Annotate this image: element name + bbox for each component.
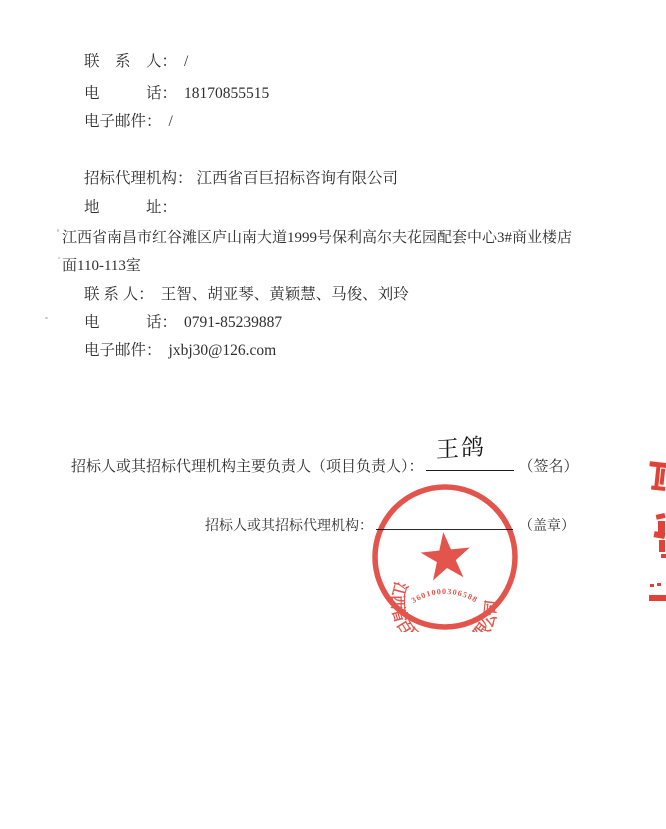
contact-person-value: / <box>184 52 188 72</box>
edge-seal-fragment-bottom <box>648 582 666 608</box>
signature-underline: 王鸽 <box>426 452 514 471</box>
bidder-email-line: 电子邮件：/ <box>84 112 173 132</box>
principal-signature-line: 招标人或其招标代理机构主要负责人（项目负责人）：王鸽（签名） <box>71 452 579 477</box>
agency-email-label: 电子邮件： <box>84 341 162 361</box>
phone-value: 18170855515 <box>184 84 269 104</box>
email-value: / <box>169 112 173 132</box>
edge-seal-fragment-middle <box>650 512 666 562</box>
agency-address-label-line: 地 址： <box>84 198 177 218</box>
agency-seal-stamp: 江西省百巨招标咨询有限公司 3601000306588 <box>370 482 520 632</box>
bidder-phone-line: 电 话：18170855515 <box>84 84 269 104</box>
agency-label: 招标代理机构： <box>84 169 193 189</box>
address-label: 地 址： <box>84 198 177 218</box>
sign-hint: （签名） <box>519 457 579 477</box>
agency-phone-line: 电 话：0791-85239887 <box>84 313 282 333</box>
seal-hint: （盖章） <box>519 517 575 537</box>
address-text-1: 江西省南昌市红谷滩区庐山南大道1999号保利高尔夫花园配套中心3#商业楼店 <box>62 228 572 248</box>
agency-name-value: 江西省百巨招标咨询有限公司 <box>197 169 399 189</box>
phone-label: 电 话： <box>84 84 177 104</box>
star-icon <box>419 530 473 582</box>
agency-address-line-1: 江西省南昌市红谷滩区庐山南大道1999号保利高尔夫花园配套中心3#商业楼店 <box>62 228 572 248</box>
agency-email-value: jxbj30@126.com <box>169 341 277 361</box>
scan-speck <box>45 317 48 319</box>
agency-name-line: 招标代理机构：江西省百巨招标咨询有限公司 <box>84 169 398 189</box>
agency-contact-label: 联 系 人： <box>84 285 154 305</box>
agency-contact-person-line: 联 系 人：王智、胡亚琴、黄颖慧、马俊、刘玲 <box>84 285 409 305</box>
contact-person-label: 联 系 人： <box>84 52 177 72</box>
handwritten-signature: 王鸽 <box>436 437 486 461</box>
email-label: 电子邮件： <box>84 112 162 132</box>
scanned-document-page: 联 系 人：/ 电 话：18170855515 电子邮件：/ 招标代理机构：江西… <box>0 0 666 829</box>
edge-seal-fragment-top <box>646 456 666 504</box>
agency-contact-value: 王智、胡亚琴、黄颖慧、马俊、刘玲 <box>161 285 409 305</box>
bidder-contact-person-line: 联 系 人：/ <box>84 52 188 72</box>
agency-address-line-2: 面110-113室 <box>62 256 141 276</box>
agency-phone-value: 0791-85239887 <box>184 313 282 333</box>
agency-phone-label: 电 话： <box>84 313 177 333</box>
address-text-2: 面110-113室 <box>62 256 141 276</box>
seal-serial-text: 3601000306588 <box>410 587 480 605</box>
principal-label: 招标人或其招标代理机构主要负责人（项目负责人）： <box>71 457 424 477</box>
scan-speck <box>57 229 59 232</box>
scan-speck <box>58 257 60 259</box>
org-label: 招标人或其招标代理机构： <box>205 517 373 537</box>
agency-email-line: 电子邮件：jxbj30@126.com <box>84 341 276 361</box>
